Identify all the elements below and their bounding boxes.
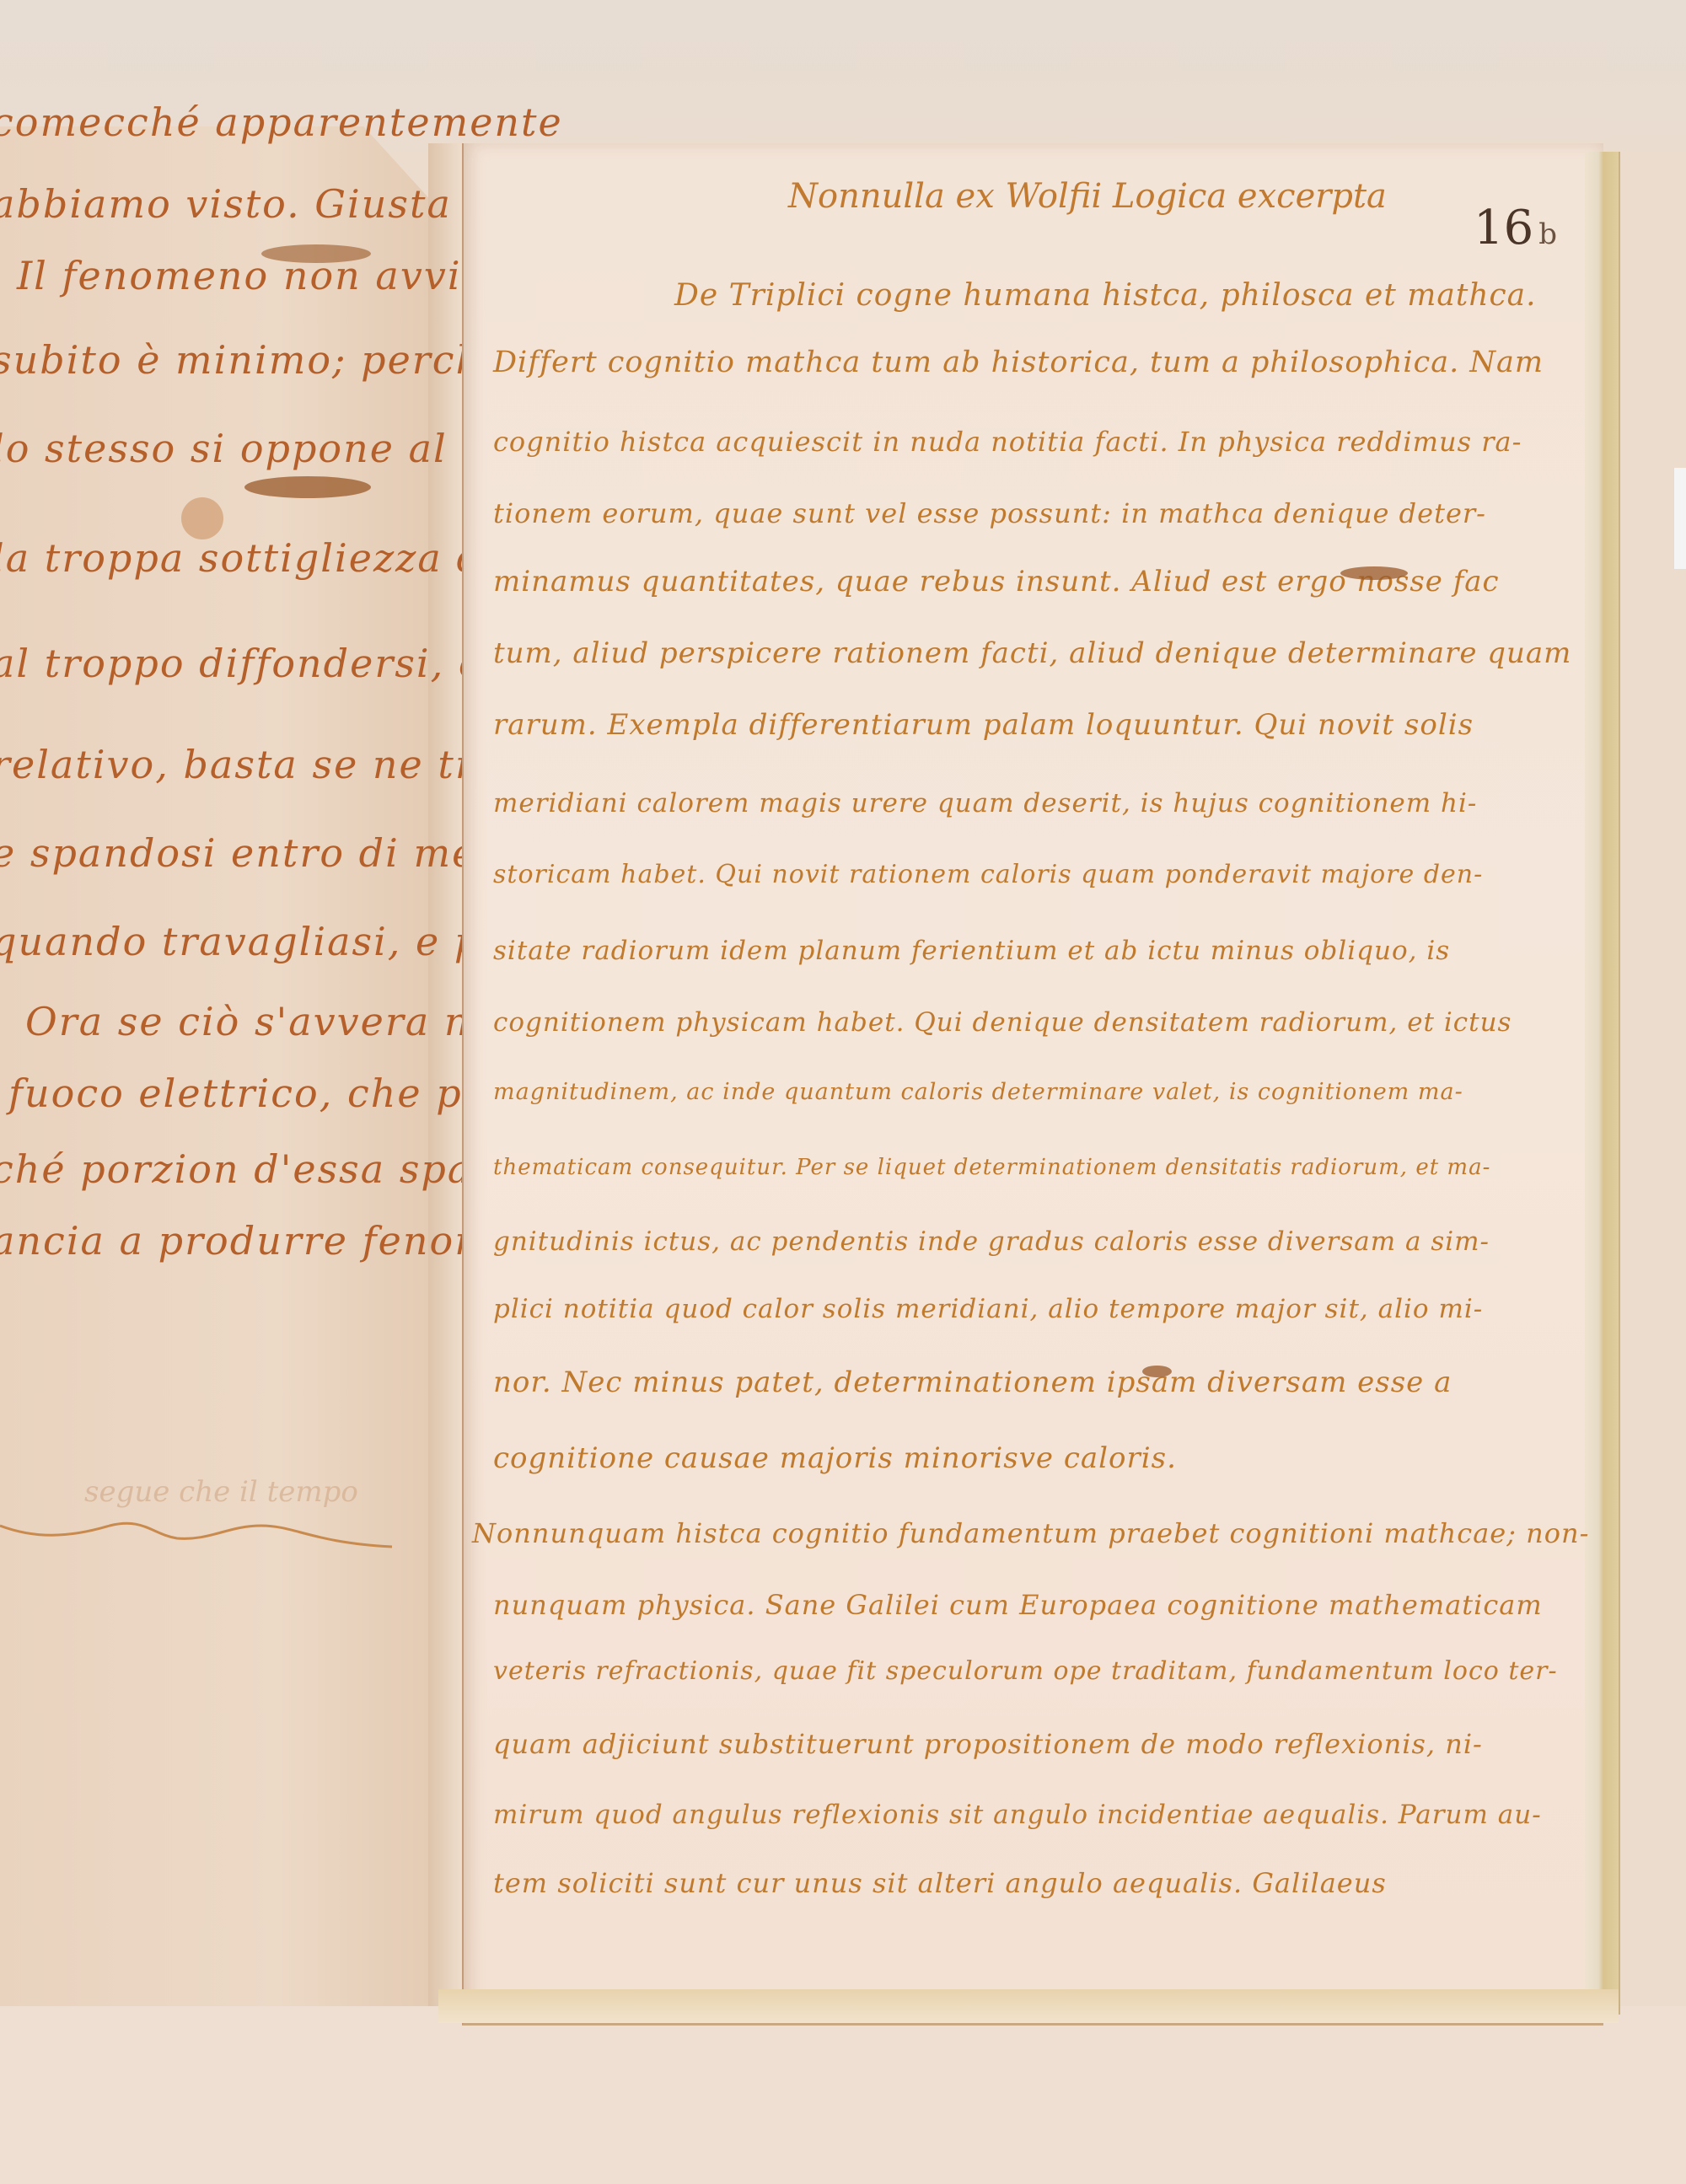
- text-line: meridiani calorem magis urere quam deser…: [493, 788, 1477, 818]
- table-surface: [0, 2006, 1686, 2184]
- text-line: rarum. Exempla differentiarum palam loqu…: [493, 708, 1474, 742]
- strikethrough-blot: [1142, 1366, 1172, 1377]
- folio-number-value: 16: [1474, 201, 1533, 255]
- strikethrough-blot: [261, 244, 371, 263]
- text-line: tionem eorum, quae sunt vel esse possunt…: [493, 497, 1486, 529]
- text-line: nunquam physica. Sane Galilei cum Europa…: [493, 1589, 1543, 1621]
- left-line: abbiamo visto. Giusta: [0, 181, 452, 227]
- page-title: Nonnulla ex Wolfii Logica excerpta: [788, 177, 1387, 216]
- ink-stain: [181, 497, 223, 539]
- left-line: comecché apparentemente: [0, 99, 563, 145]
- text-line: magnitudinem, ac inde quantum caloris de…: [493, 1079, 1463, 1105]
- text-line: storicam habet. Qui novit rationem calor…: [493, 860, 1483, 889]
- text-line: plici notitia quod calor solis meridiani…: [493, 1294, 1483, 1324]
- text-line: mirum quod angulus reflexionis sit angul…: [493, 1800, 1542, 1830]
- text-line: gnitudinis ictus, ac pendentis inde grad…: [493, 1226, 1490, 1257]
- folio-suffix: b: [1538, 217, 1557, 251]
- text-line: sitate radiorum idem planum ferientium e…: [493, 936, 1450, 966]
- left-faded-line: segue che il tempo: [84, 1475, 358, 1509]
- left-line: relativo, basta se ne tras-: [0, 742, 536, 787]
- book-cover-edge: [438, 1989, 1619, 2023]
- left-line: la troppa sottigliezza del: [0, 535, 522, 581]
- strikethrough-blot: [1340, 566, 1408, 580]
- text-line: veteris refractionis, quae fit speculoru…: [493, 1656, 1558, 1686]
- text-line: thematicam consequitur. Per se liquet de…: [493, 1155, 1490, 1180]
- text-line: De Triplici cogne humana histca, philosc…: [674, 278, 1537, 313]
- left-page: [0, 126, 466, 2006]
- text-line: cognitione causae majoris minorisve calo…: [493, 1441, 1177, 1475]
- text-line: quam adjiciunt substituerunt proposition…: [493, 1728, 1483, 1760]
- page-edges: [1585, 152, 1620, 2015]
- text-line: Differt cognitio mathca tum ab historica…: [493, 346, 1544, 379]
- white-tab: [1673, 468, 1686, 569]
- left-line: Ora se ciò s'avvera non: [25, 999, 523, 1044]
- text-line: tem soliciti sunt cur unus sit alteri an…: [493, 1867, 1387, 1899]
- text-line: Nonnunquam histca cognitio fundamentum p…: [472, 1517, 1589, 1549]
- folio-number: 16b: [1474, 201, 1557, 255]
- decorative-flourish: [0, 1517, 405, 1585]
- ink-blot: [244, 476, 371, 498]
- text-line: nor. Nec minus patet, determinationem ip…: [493, 1366, 1452, 1399]
- text-line: cognitionem physicam habet. Qui denique …: [493, 1007, 1511, 1038]
- text-line: tum, aliud perspicere rationem facti, al…: [493, 636, 1571, 670]
- left-line: lo stesso si oppone al: [0, 426, 448, 471]
- text-line: cognitio histca acquiescit in nuda notit…: [493, 426, 1522, 458]
